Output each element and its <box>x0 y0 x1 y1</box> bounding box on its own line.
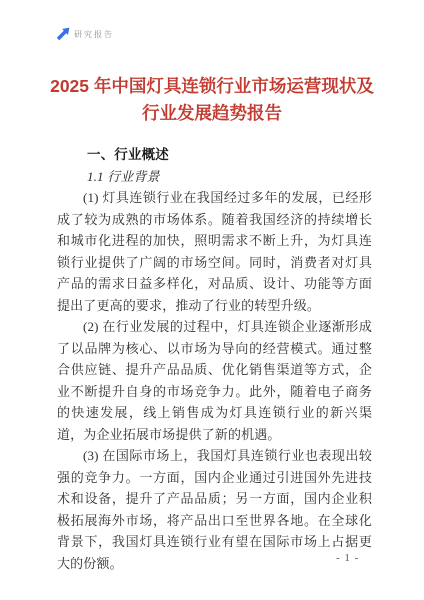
report-title-line2: 行业发展趋势报告 <box>0 100 424 127</box>
document-body: 一、行业概述 1.1 行业背景 (1) 灯具连锁行业在我国经过多年的发展，已经形… <box>57 144 372 574</box>
sub-heading: 1.1 行业背景 <box>87 166 372 188</box>
report-title-line1: 2025 年中国灯具连锁行业市场运营现状及 <box>0 73 424 100</box>
report-page: 研究报告 2025 年中国灯具连锁行业市场运营现状及 行业发展趋势报告 一、行业… <box>0 0 424 600</box>
page-number: - 1 - <box>336 552 359 564</box>
section-heading: 一、行业概述 <box>87 144 372 166</box>
paragraph-2: (2) 在行业发展的过程中，灯具连锁企业逐渐形成了以品牌为核心、以市场为导向的经… <box>57 316 372 445</box>
paragraph-3: (3) 在国际市场上，我国灯具连锁行业也表现出较强的竞争力。一方面，国内企业通过… <box>57 445 372 574</box>
report-title: 2025 年中国灯具连锁行业市场运营现状及 行业发展趋势报告 <box>0 73 424 127</box>
logo-text: 研究报告 <box>74 29 114 40</box>
logo: 研究报告 <box>56 27 114 41</box>
paragraph-1: (1) 灯具连锁行业在我国经过多年的发展，已经形成了较为成熟的市场体系。随着我国… <box>57 187 372 316</box>
arrow-up-right-icon <box>56 27 70 41</box>
